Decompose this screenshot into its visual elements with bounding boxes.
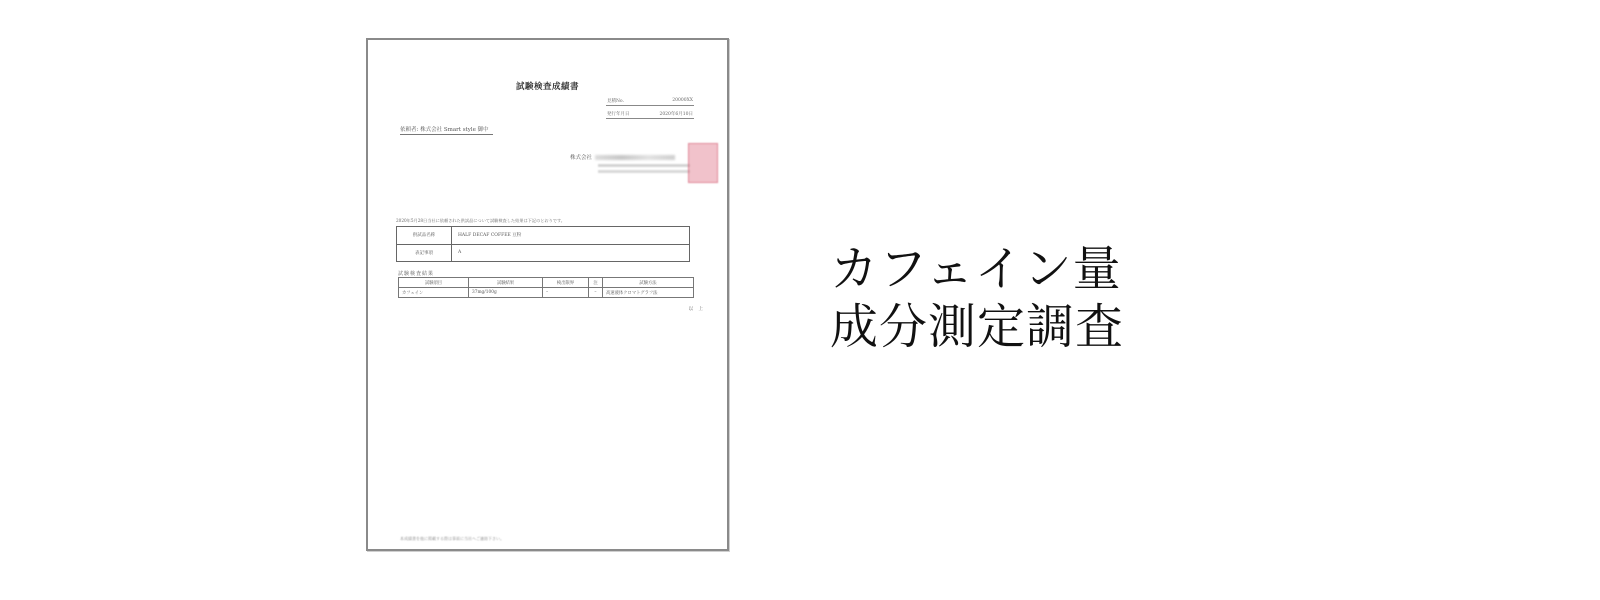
heading-line-1: カフェイン量: [830, 240, 1160, 298]
ref-number-value: 20000XX: [672, 98, 693, 104]
cell-test-item: カフェイン: [399, 288, 469, 298]
footer-note: 本成績書を他に掲載する際は事前に当社へご連絡下さい。: [400, 536, 504, 542]
company-seal-stamp: [688, 143, 718, 183]
sample-name-label: 供試品名称: [397, 227, 452, 245]
issue-date-line: 発行年月日 2020年6月10日: [606, 111, 694, 119]
header-detection-limit: 検出限界: [543, 278, 589, 288]
sample-name-value: HALF DECAF COFFEE 豆粉: [452, 227, 690, 245]
redacted-company-name: [595, 155, 675, 160]
issuer-block: 株式会社: [570, 153, 700, 173]
header-note: 注: [589, 278, 603, 288]
intro-text: 2020年5月28日当社に依頼された供試品について試験検査した結果は下記のとおり…: [396, 218, 565, 224]
redacted-address: [598, 164, 690, 167]
caffeine-heading: カフェイン量 成分測定調査: [830, 240, 1160, 356]
results-section-label: 試験検査結果: [398, 270, 434, 277]
ref-number-line: 見積No. 20000XX: [606, 98, 694, 106]
cell-note: –: [589, 288, 603, 298]
heading-line-2: 成分測定調査: [830, 298, 1160, 356]
cell-detection-limit: –: [543, 288, 589, 298]
header-test-item: 試験項目: [399, 278, 469, 288]
redacted-phone: [598, 170, 690, 173]
labeling-label: 表記事項: [397, 244, 452, 262]
closing-mark: 以 上: [689, 306, 705, 312]
issue-date-value: 2020年6月10日: [659, 111, 693, 117]
table-header-row: 試験項目 試験結果 検出限界 注 試験方法: [399, 278, 694, 288]
issuer-company-line: 株式会社: [570, 153, 700, 161]
table-row: 供試品名称 HALF DECAF COFFEE 豆粉: [397, 227, 690, 245]
labeling-value: A: [452, 244, 690, 262]
test-report-document: 試験検査成績書 見積No. 20000XX 発行年月日 2020年6月10日 依…: [366, 38, 729, 551]
ref-number-label: 見積No.: [607, 98, 624, 104]
table-row: カフェイン 37mg/100g – – 高速液体クロマトグラフ法: [399, 288, 694, 298]
requester-line: 依頼者: 株式会社 Smart style 御中: [400, 125, 493, 135]
document-title: 試験検査成績書: [368, 80, 727, 92]
results-table: 試験項目 試験結果 検出限界 注 試験方法 カフェイン 37mg/100g – …: [398, 277, 694, 298]
issue-date-label: 発行年月日: [607, 111, 630, 117]
cell-test-method: 高速液体クロマトグラフ法: [603, 288, 694, 298]
cell-test-result: 37mg/100g: [469, 288, 543, 298]
issuer-company: 株式会社: [570, 153, 592, 161]
reference-block: 見積No. 20000XX 発行年月日 2020年6月10日: [606, 98, 694, 124]
header-test-result: 試験結果: [469, 278, 543, 288]
sample-info-table: 供試品名称 HALF DECAF COFFEE 豆粉 表記事項 A: [396, 226, 690, 262]
header-test-method: 試験方法: [603, 278, 694, 288]
table-row: 表記事項 A: [397, 244, 690, 262]
